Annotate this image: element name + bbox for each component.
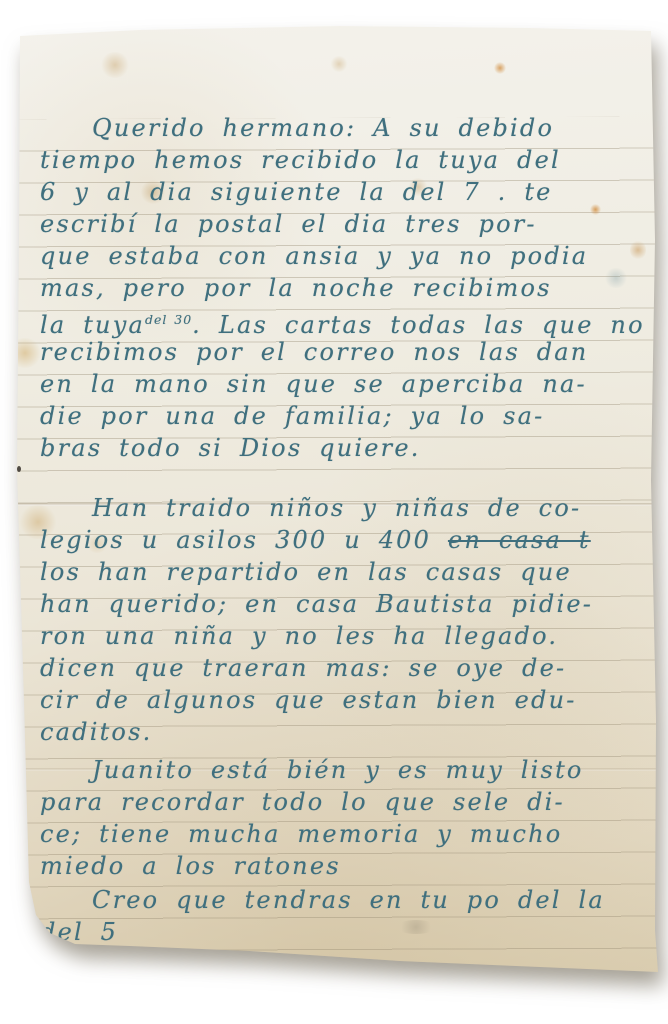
- letter-line: ce; tiene mucha memoria y mucho: [40, 818, 662, 850]
- letter-line: 6 y al dia siguiente la del 7 . te: [40, 176, 662, 208]
- letter-text-segment: Querido hermano: A su debido: [92, 114, 554, 142]
- letter-line: Creo que tendras en tu po del la: [40, 884, 662, 916]
- letter-text-segment: Juanito está bién y es muy listo: [92, 756, 584, 784]
- letter-line: cir de algunos que estan bien edu-: [40, 684, 662, 716]
- letter-line: que estaba con ansia y ya no podia: [40, 240, 662, 272]
- letter-line: han querido; en casa Bautista pidie-: [40, 588, 662, 620]
- letter-text-segment: han querido; en casa Bautista pidie-: [40, 590, 593, 618]
- letter-text-segment: la tuya: [40, 311, 145, 339]
- letter-line: del 5: [40, 916, 662, 948]
- letter-line: para recordar todo lo que sele di-: [40, 786, 662, 818]
- stain-spot: [330, 56, 348, 72]
- letter-line: miedo a los ratones: [40, 850, 662, 882]
- letter-text-segment: dicen que traeran mas: se oye de-: [40, 654, 566, 682]
- letter-text-segment: en la mano sin que se aperciba na-: [40, 370, 587, 398]
- letter-line: Juanito está bién y es muy listo: [40, 754, 662, 786]
- letter-text-segment: recibimos por el correo nos las dan: [40, 338, 588, 366]
- stain-spot: [8, 338, 42, 368]
- letter-line: recibimos por el correo nos las dan: [40, 336, 662, 368]
- letter-text-segment: die por una de familia; ya lo sa-: [40, 402, 544, 430]
- letter-text-segment: del 5: [40, 918, 118, 946]
- paper-shadow-wrapper: Querido hermano: A su debidotiempo hemos…: [0, 0, 668, 1024]
- letter-line: die por una de familia; ya lo sa-: [40, 400, 662, 432]
- letter-text-segment: Creo que tendras en tu po del la: [92, 886, 605, 914]
- letter-text-segment: que estaba con ansia y ya no podia: [40, 242, 588, 270]
- letter-text-segment: caditos.: [40, 718, 152, 746]
- letter-line: legios u asilos 300 u 400 en casa t: [40, 524, 662, 556]
- torn-edge-speck: [17, 466, 21, 472]
- letter-line: Han traido niños y niñas de co-: [40, 492, 662, 524]
- letter-line: la tuyadel 30. Las cartas todas las que …: [40, 304, 662, 336]
- letter-line: bras todo si Dios quiere.: [40, 432, 662, 464]
- letter-text-segment: miedo a los ratones: [40, 852, 341, 880]
- letter-text-segment: cir de algunos que estan bien edu-: [40, 686, 577, 714]
- letter-line: Querido hermano: A su debido: [40, 112, 662, 144]
- letter-text-segment: tiempo hemos recibido la tuya del: [40, 146, 561, 174]
- letter-text-segment: legios u asilos 300 u 400: [40, 526, 448, 554]
- letter-text-segment: los han repartido en las casas que: [40, 558, 572, 586]
- letter-line: en la mano sin que se aperciba na-: [40, 368, 662, 400]
- letter-text-segment: 6 y al dia siguiente la del 7 . te: [40, 178, 553, 206]
- letter-line: los han repartido en las casas que: [40, 556, 662, 588]
- letter-line: escribí la postal el dia tres por-: [40, 208, 662, 240]
- letter-line: tiempo hemos recibido la tuya del: [40, 144, 662, 176]
- stain-spot: [494, 62, 506, 74]
- letter-text-segment: para recordar todo lo que sele di-: [40, 788, 565, 816]
- letter-text-segment: escribí la postal el dia tres por-: [40, 210, 537, 238]
- letter-photo: Querido hermano: A su debidotiempo hemos…: [0, 0, 668, 1024]
- paper-sheet: Querido hermano: A su debidotiempo hemos…: [0, 0, 668, 1024]
- letter-line: mas, pero por la noche recibimos: [40, 272, 662, 304]
- interline-insertion: del 30: [145, 312, 192, 327]
- letter-text-segment: . Las cartas todas las que no: [192, 311, 645, 339]
- torn-edge-speck: [16, 648, 21, 657]
- letter-text-segment: mas, pero por la noche recibimos: [40, 274, 552, 302]
- letter-line: dicen que traeran mas: se oye de-: [40, 652, 662, 684]
- stain-spot: [100, 52, 130, 78]
- letter-text-segment: ce; tiene mucha memoria y mucho: [40, 820, 562, 848]
- letter-line: ron una niña y no les ha llegado.: [40, 620, 662, 652]
- letter-line: caditos.: [40, 716, 662, 748]
- torn-edge-speck: [15, 686, 19, 693]
- letter-body: Querido hermano: A su debidotiempo hemos…: [40, 112, 662, 948]
- letter-text-segment: bras todo si Dios quiere.: [40, 434, 421, 462]
- letter-text-segment: ron una niña y no les ha llegado.: [40, 622, 558, 650]
- letter-text-segment: Han traido niños y niñas de co-: [92, 494, 581, 522]
- struck-out-text: en casa t: [448, 526, 591, 554]
